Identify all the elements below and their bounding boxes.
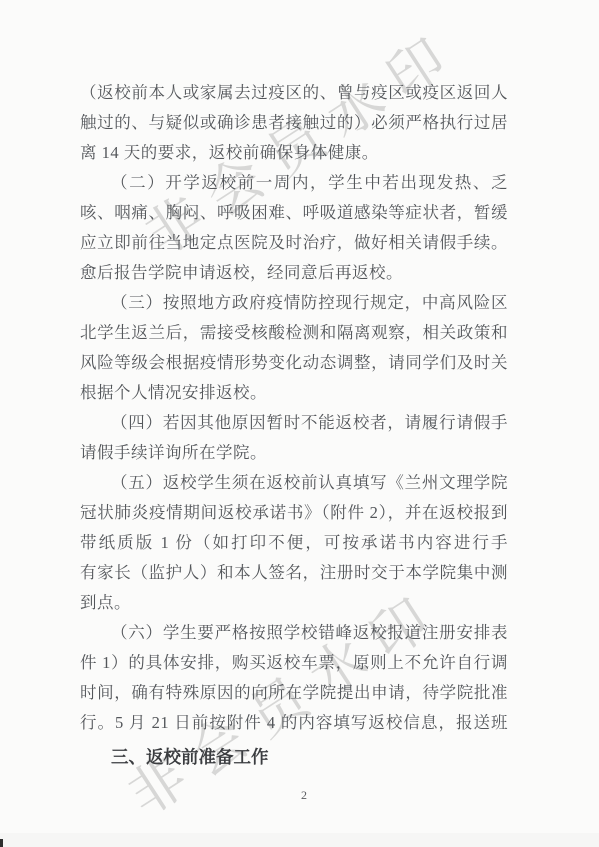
body-line: 咳、咽痛、胸闷、呼吸困难、呼吸道感染等症状者，暂缓返校， xyxy=(80,198,508,228)
body-line: 时间，确有特殊原因的向所在学院提出申请，待学院批准后执 xyxy=(80,678,508,708)
document-page: 非会员水印 非会员水印 （返校前本人或家属去过疫区的、曾与疫区或疫区返回人员接触… xyxy=(0,0,599,847)
body-line: 件 1）的具体安排，购买返校车票，原则上不允许自行调整返校 xyxy=(80,648,508,678)
body-line: （二）开学返校前一周内，学生中若出现发热、乏力、干 xyxy=(80,168,508,198)
body-line: 行。5 月 21 日前按附件 4 的内容填写返校信息，报送班主任。 xyxy=(80,708,508,738)
body-line: 带纸质版 1 份（如打印不便，可按承诺书内容进行手写），须 xyxy=(80,528,508,558)
body-line: 愈后报告学院申请返校，经同意后再返校。 xyxy=(80,258,508,288)
text-block: （返校前本人或家属去过疫区的、曾与疫区或疫区返回人员接触过的、与疑似或确诊患者接… xyxy=(80,78,508,772)
section-heading: 三、返校前准备工作 xyxy=(80,742,508,772)
scan-artifact xyxy=(0,839,3,847)
body-line: （三）按照地方政府疫情防控现行规定，中高风险区及湖 xyxy=(80,288,508,318)
body-line: 请假手续详询所在学院。 xyxy=(80,438,508,468)
body-lines-container: （返校前本人或家属去过疫区的、曾与疫区或疫区返回人员接触过的、与疑似或确诊患者接… xyxy=(80,78,508,738)
body-line: （六）学生要严格按照学校错峰返校报道注册安排表（附 xyxy=(80,618,508,648)
body-line: 有家长（监护人）和本人签名，注册时交于本学院集中测温报 xyxy=(80,558,508,588)
body-line: 触过的、与疑似或确诊患者接触过的）必须严格执行过居家隔 xyxy=(80,108,508,138)
body-line: 应立即前往当地定点医院及时治疗，做好相关请假手续。待痊 xyxy=(80,228,508,258)
body-line: 风险等级会根据疫情形势变化动态调整，请同学们及时关注， xyxy=(80,348,508,378)
page-number: 2 xyxy=(292,788,316,803)
paper-edge-shade xyxy=(0,833,599,847)
body-line: （返校前本人或家属去过疫区的、曾与疫区或疫区返回人员接 xyxy=(80,78,508,108)
body-line: 离 14 天的要求，返校前确保身体健康。 xyxy=(80,138,508,168)
body-line: 冠状肺炎疫情期间返校承诺书》（附件 2），并在返校报到时携 xyxy=(80,498,508,528)
body-line: （四）若因其他原因暂时不能返校者，请履行请假手续。 xyxy=(80,408,508,438)
body-line: 到点。 xyxy=(80,588,508,618)
body-line: 北学生返兰后，需接受核酸检测和隔离观察，相关政策和疫情 xyxy=(80,318,508,348)
body-line: （五）返校学生须在返校前认真填写《兰州文理学院新型 xyxy=(80,468,508,498)
body-line: 根据个人情况安排返校。 xyxy=(80,378,508,408)
